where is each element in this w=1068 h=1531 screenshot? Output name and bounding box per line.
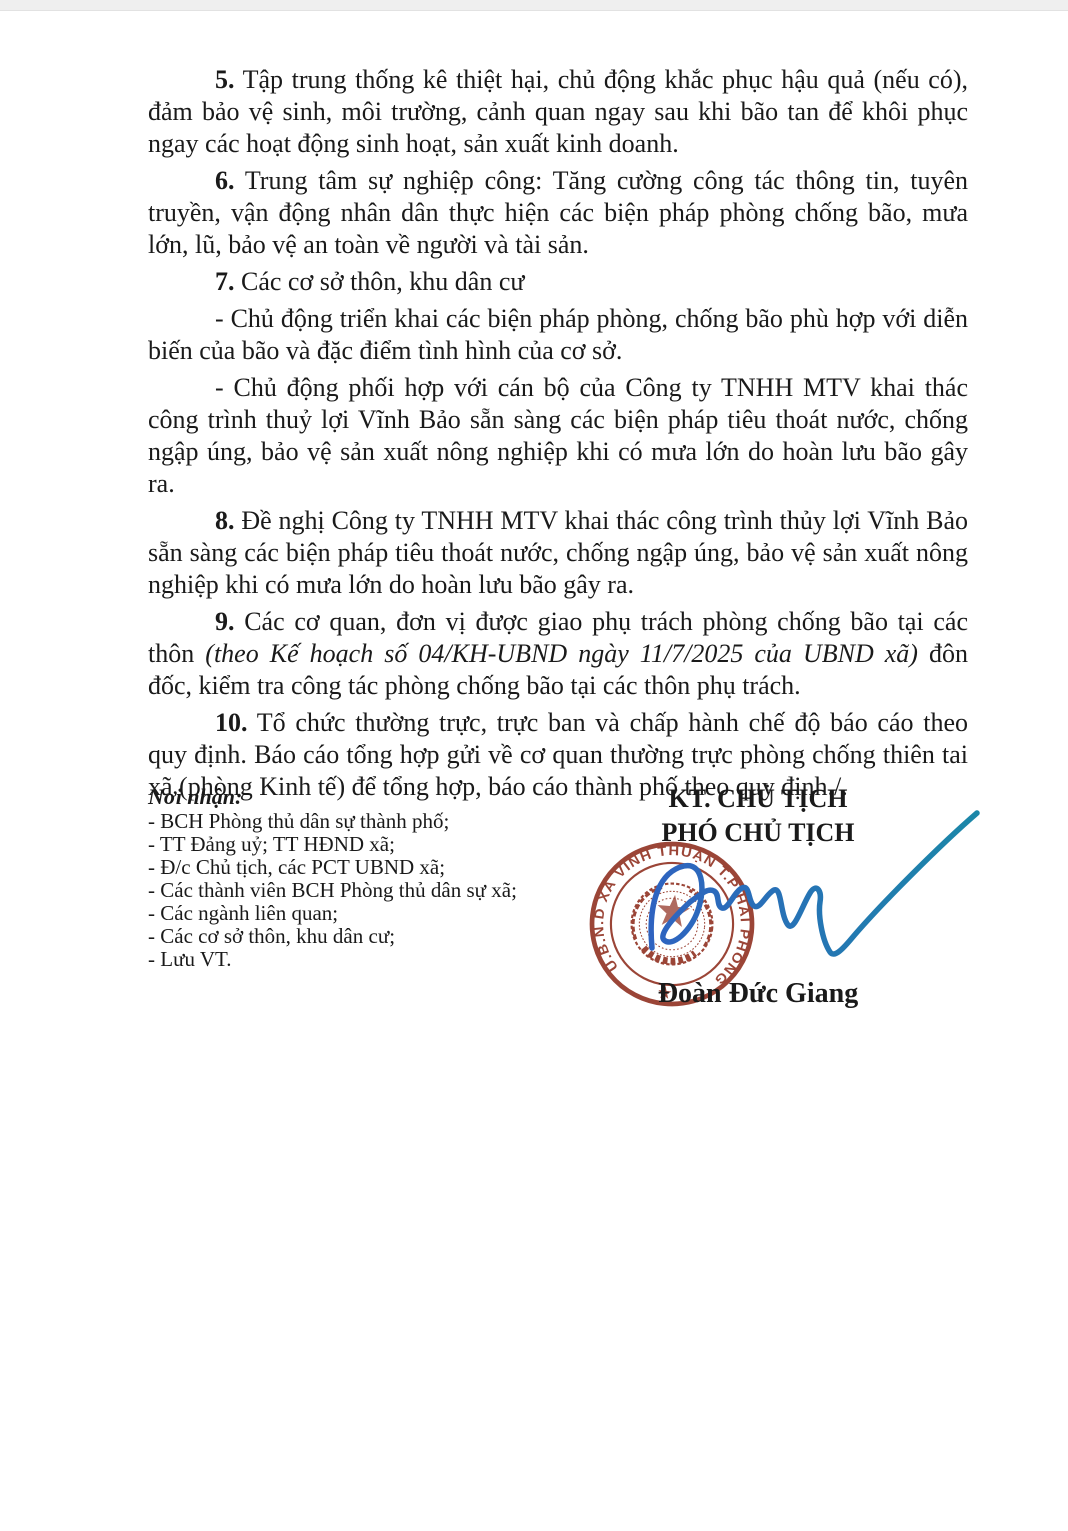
paragraph-8: 8. Đề nghị Công ty TNHH MTV khai thác cô… [148, 505, 968, 601]
paragraph-text: Chủ động phối hợp với cán bộ của Công ty… [148, 373, 968, 498]
document-body: 5. Tập trung thống kê thiệt hại, chủ độn… [148, 64, 968, 808]
bullet-item: - Chủ động triển khai các biện pháp phòn… [148, 303, 968, 367]
recipients-list: - BCH Phòng thủ dân sự thành phố; - TT Đ… [148, 810, 578, 971]
bullet-dash: - [215, 373, 224, 402]
paragraph-number: 7. [215, 267, 235, 296]
recipient-item: - Đ/c Chủ tịch, các PCT UBND xã; [148, 856, 578, 879]
recipient-item: - Các ngành liên quan; [148, 902, 578, 925]
document-page: 5. Tập trung thống kê thiệt hại, chủ độn… [0, 0, 1068, 1531]
recipient-item: - Các cơ sở thôn, khu dân cư; [148, 925, 578, 948]
recipient-item: - Các thành viên BCH Phòng thủ dân sự xã… [148, 879, 578, 902]
paragraph-text: Đề nghị Công ty TNHH MTV khai thác công … [148, 506, 968, 599]
signer-name: Đoàn Đức Giang [588, 978, 928, 1010]
paragraph-number: 5. [215, 65, 235, 94]
paragraph-number: 10. [215, 708, 248, 737]
bullet-item: - Chủ động phối hợp với cán bộ của Công … [148, 372, 968, 500]
paragraph-text-italic: (theo Kế hoạch số 04/KH-UBND ngày 11/7/2… [205, 639, 918, 668]
bullet-dash: - [215, 304, 224, 333]
national-emblem-icon [628, 880, 717, 969]
paragraph-number: 9. [215, 607, 235, 636]
signature-footer: Nơi nhận: - BCH Phòng thủ dân sự thành p… [148, 780, 968, 1080]
paragraph-6: 6. Trung tâm sự nghiệp công: Tăng cường … [148, 165, 968, 261]
signer-title-line1: KT. CHỦ TỊCH [588, 782, 928, 816]
paragraph-5: 5. Tập trung thống kê thiệt hại, chủ độn… [148, 64, 968, 160]
paragraph-text: Trung tâm sự nghiệp công: Tăng cường côn… [148, 166, 968, 259]
recipient-item: - BCH Phòng thủ dân sự thành phố; [148, 810, 578, 833]
paragraph-text: Chủ động triển khai các biện pháp phòng,… [148, 304, 968, 365]
paragraph-7: 7. Các cơ sở thôn, khu dân cư [148, 266, 968, 298]
paragraph-number: 8. [215, 506, 235, 535]
recipient-item: - TT Đảng uỷ; TT HĐND xã; [148, 833, 578, 856]
recipients-heading: Nơi nhận: [148, 784, 578, 810]
top-scroll-band [0, 0, 1068, 11]
paragraph-number: 6. [215, 166, 235, 195]
recipients-block: Nơi nhận: - BCH Phòng thủ dân sự thành p… [148, 784, 578, 971]
recipient-item: - Lưu VT. [148, 948, 578, 971]
paragraph-text: Tập trung thống kê thiệt hại, chủ động k… [148, 65, 968, 158]
paragraph-9: 9. Các cơ quan, đơn vị được giao phụ trá… [148, 606, 968, 702]
paragraph-text: Các cơ sở thôn, khu dân cư [241, 267, 524, 296]
